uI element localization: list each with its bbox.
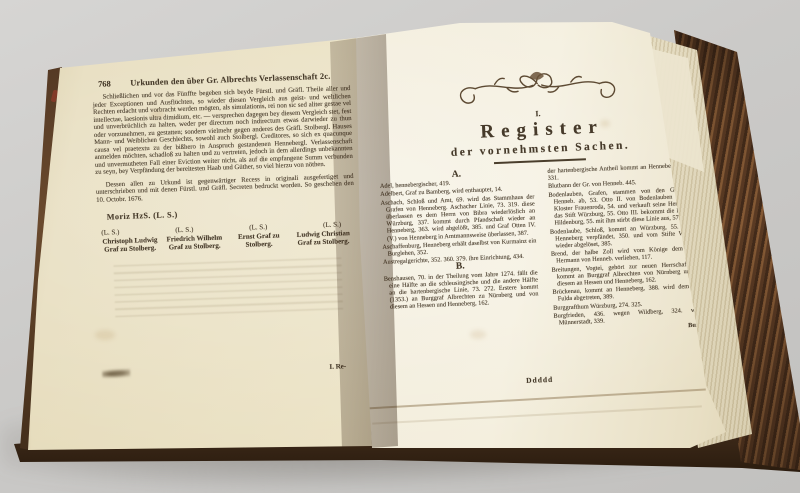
decree-paragraph: Dessen allen zu Urkund ist gegenwärtiger… [96, 172, 355, 203]
catchword-left: I. Re- [329, 361, 360, 370]
foxing-spot [95, 330, 115, 340]
seal-label: (L. S.) [323, 220, 341, 229]
signatory-name: Ernst Graf zu Stolberg. [226, 232, 291, 249]
title-rule [494, 158, 586, 164]
ducal-signature: Moriz HzS. (L. S.) [107, 204, 355, 222]
index-entry: Benshausen, 70. in der Theilung vom Jahr… [384, 269, 539, 311]
gathering-signature: Ddddd [526, 375, 553, 385]
page-number: 768 [92, 79, 111, 89]
signatory-name: Ludwig Christian Graf zu Stolberg. [291, 230, 356, 247]
seal-label: (L. S.) [175, 226, 193, 235]
photograph-of-open-book: 768 Urkunden den über Gr. Albrechts Verl… [0, 0, 800, 493]
ink-smudge [102, 369, 130, 379]
headpiece-ornament [439, 61, 636, 109]
decree-paragraph: Schließlichen und vor das Fünffte begebe… [92, 85, 353, 176]
seal-label: (L. S.) [101, 228, 119, 237]
index-entry: Aschach, Schloß und Amt, 69. wird das St… [380, 193, 536, 243]
signatory-name: Christoph Ludwig Graf zu Stolberg. [98, 237, 163, 254]
underlying-page-edge [372, 405, 702, 424]
index-columns: A. Adel, hennebergischer, 419. Adelbert,… [379, 161, 708, 343]
left-page-direction-line: I. Re- [102, 361, 360, 379]
show-through-ghost-text [114, 258, 343, 318]
signatory-name: Friedrich Wilhelm Graf zu Stolberg. [162, 234, 227, 251]
index-column-left: A. Adel, hennebergischer, 419. Adelbert,… [379, 168, 540, 343]
left-page-text-block: 768 Urkunden den über Gr. Albrechts Verl… [92, 71, 358, 318]
seal-label: (L. S.) [249, 223, 267, 232]
underlying-page-edge [366, 389, 706, 409]
